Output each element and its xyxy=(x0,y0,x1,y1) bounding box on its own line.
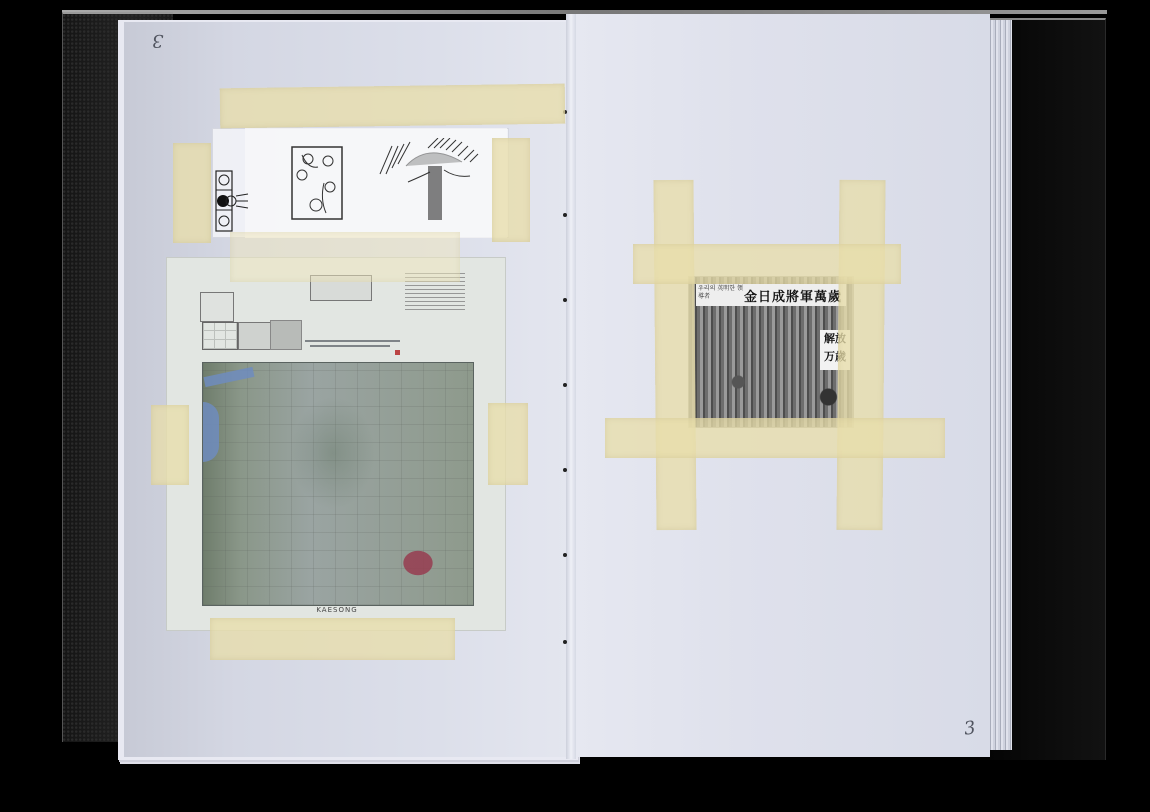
map-legend-box xyxy=(200,292,234,322)
masking-tape xyxy=(492,138,530,242)
particle-box-sketch xyxy=(290,145,350,225)
map-red-marker xyxy=(395,350,400,355)
map-index-diagram xyxy=(238,322,272,350)
binding-hole xyxy=(563,468,567,472)
masking-tape-horizontal xyxy=(605,418,945,458)
masking-tape xyxy=(488,403,528,485)
binding-hole xyxy=(563,383,567,387)
page-stack-edges xyxy=(988,20,1012,750)
column-sketch xyxy=(378,138,488,223)
map-footer-title: KAESONG xyxy=(202,606,472,616)
photo-banner-small: 우리의 英明한 領導者 xyxy=(698,285,748,301)
cell-diagram-sketch xyxy=(212,168,262,238)
masking-tape xyxy=(210,618,455,660)
masking-tape-horizontal xyxy=(633,244,901,284)
map-legend-block xyxy=(270,320,302,350)
masking-tape xyxy=(230,232,460,282)
map-river-mouth xyxy=(203,402,219,462)
binding-hole xyxy=(563,213,567,217)
book-spine xyxy=(566,14,576,759)
masking-tape-vertical xyxy=(836,180,885,530)
map-terrain xyxy=(202,362,474,606)
masking-tape-vertical xyxy=(653,180,696,530)
masking-tape xyxy=(220,84,566,129)
masking-tape xyxy=(173,143,211,243)
binding-hole xyxy=(563,298,567,302)
map-scale-bar xyxy=(310,345,390,347)
map-scale-bar xyxy=(305,340,400,342)
binding-hole xyxy=(563,640,567,644)
page-number-left: 3 xyxy=(152,30,163,51)
map-index-grid xyxy=(202,322,238,350)
binding-hole xyxy=(563,553,567,557)
masking-tape xyxy=(151,405,189,485)
